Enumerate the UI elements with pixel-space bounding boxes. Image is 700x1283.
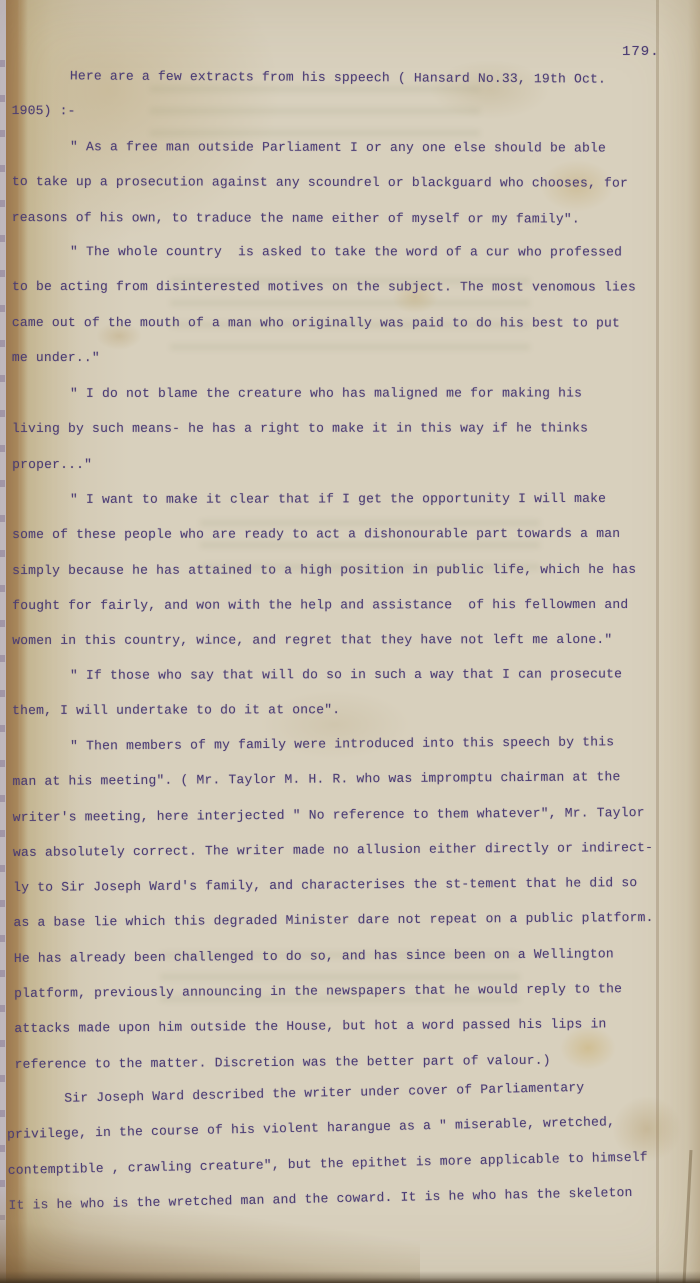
typed-line: reasons of his own, to traduce the name … xyxy=(12,199,664,236)
typed-line: Here are a few extracts from his sppeech… xyxy=(12,58,664,97)
typed-line: came out of the mouth of a man who origi… xyxy=(12,305,664,341)
right-page-margin xyxy=(659,0,700,1283)
typed-line: 1905) :- xyxy=(12,93,664,132)
typed-line: man at his meeting". ( Mr. Taylor M. H. … xyxy=(12,759,664,799)
typed-line: fought for fairly, and won with the help… xyxy=(12,586,664,622)
paragraph-quote-4: " I want to make it clear that if I get … xyxy=(12,480,664,658)
typed-line: writer's meeting, here interjected " No … xyxy=(13,794,665,834)
typed-line: " The whole country is asked to take the… xyxy=(12,234,664,270)
typed-line: " I do not blame the creature who has ma… xyxy=(12,375,664,411)
bottom-scan-edge xyxy=(0,1271,700,1283)
typed-line: as a base lie which this degraded Minist… xyxy=(13,900,665,940)
paragraph-quote-5: " If those who say that will do so in su… xyxy=(12,656,664,728)
typed-line: " I want to make it clear that if I get … xyxy=(12,480,664,516)
typed-line: to be acting from disinterested motives … xyxy=(12,270,664,306)
typed-line: He has already been challenged to do so,… xyxy=(14,935,666,975)
typed-line: " As a free man outside Parliament I or … xyxy=(12,129,664,166)
typed-line: simply because he has attained to a high… xyxy=(12,551,664,587)
paragraph-quote-2: " The whole country is asked to take the… xyxy=(12,234,664,376)
paragraph-quote-1: " As a free man outside Parliament I or … xyxy=(12,129,664,237)
typed-line: some of these people who are ready to ac… xyxy=(12,516,664,552)
typed-line: living by such means- he has a right to … xyxy=(12,410,664,446)
typed-line: women in this country, wince, and regret… xyxy=(12,622,664,658)
typed-line: them, I will undertake to do it at once"… xyxy=(12,692,664,729)
typed-line: proper..." xyxy=(12,446,664,482)
typed-line: to take up a prosecution against any sco… xyxy=(12,164,664,201)
scanned-document-page: 179. Here are a few extracts from his sp… xyxy=(0,0,700,1283)
paragraph-quote-6-commentary: " Then members of my family were introdu… xyxy=(12,724,667,1082)
typed-line: was absolutely correct. The writer made … xyxy=(13,829,665,869)
typed-line: " Then members of my family were introdu… xyxy=(12,724,664,764)
typed-line: " If those who say that will do so in su… xyxy=(12,656,664,693)
typed-text-block: Here are a few extracts from his sppeech… xyxy=(12,58,664,1223)
typed-line: me under.." xyxy=(12,340,664,376)
typed-line: attacks made upon him outside the House,… xyxy=(14,1006,666,1046)
typed-line: ly to Sir Joseph Ward's family, and char… xyxy=(13,865,665,905)
paragraph-intro: Here are a few extracts from his sppeech… xyxy=(12,58,664,133)
typed-line: platform, previously announcing in the n… xyxy=(14,971,666,1011)
paragraph-quote-3: " I do not blame the creature who has ma… xyxy=(12,375,664,481)
binding-ghost-marks xyxy=(0,60,5,1220)
bottom-left-shadow xyxy=(0,1173,420,1283)
